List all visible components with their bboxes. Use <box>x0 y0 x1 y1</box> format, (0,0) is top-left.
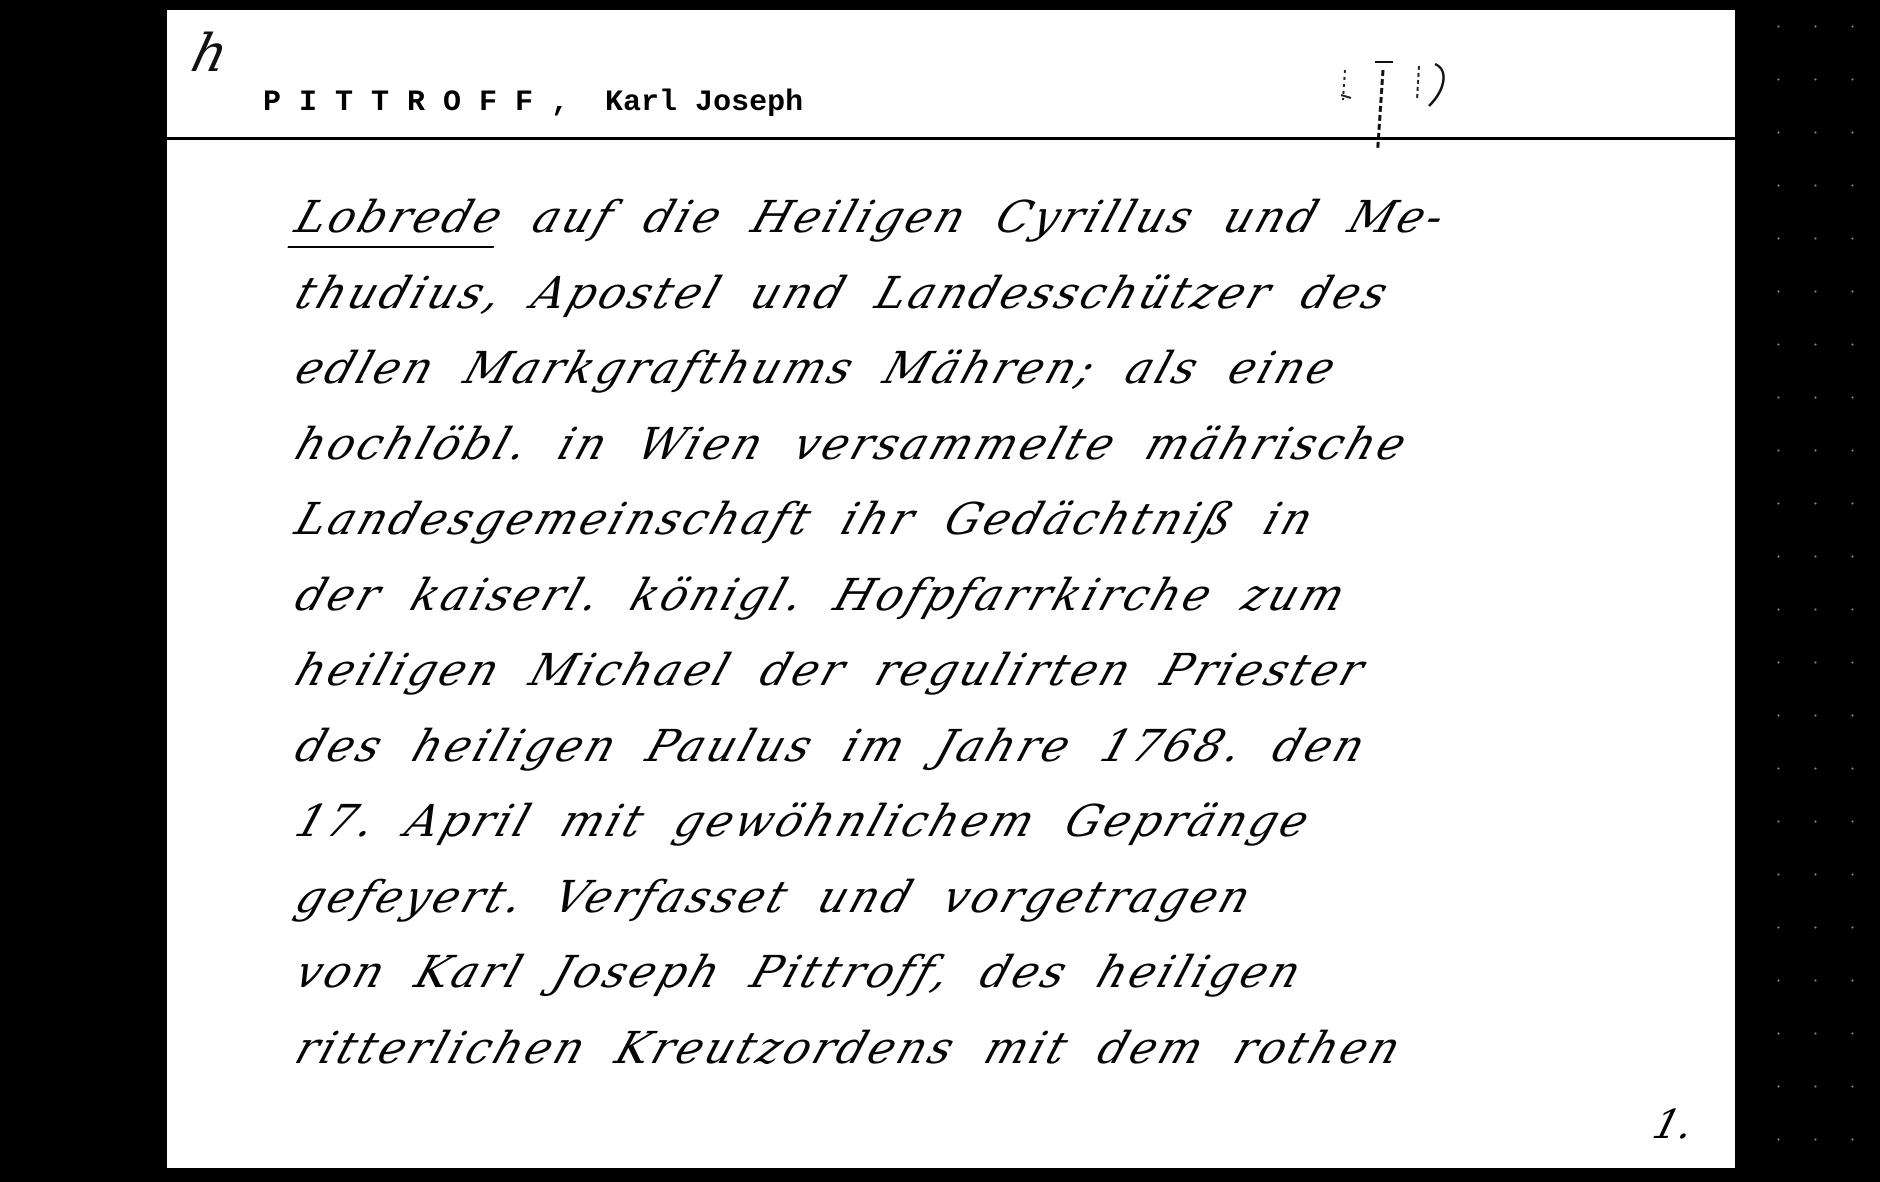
header-given-names: Karl Joseph <box>605 86 803 120</box>
corner-pencil-mark-icon <box>1337 40 1457 150</box>
header-surname: PITTROFF, <box>263 86 587 120</box>
document-viewer: h PITTROFF, Karl Joseph Lobrede auf die … <box>0 0 1880 1182</box>
handwritten-line: gefeyert. Verfasset und vorgetragen <box>285 860 1730 936</box>
handwritten-line: von Karl Joseph Pittroff, des heiligen <box>285 935 1730 1011</box>
underlined-title-word: Lobrede <box>289 192 512 243</box>
handwritten-line: thudius, Apostel und Landesschützer des <box>285 256 1730 332</box>
handwritten-line: heiligen Michael der regulirten Priester <box>285 633 1730 709</box>
handwritten-line: des heiligen Paulus im Jahre 1768. den <box>285 709 1730 785</box>
page-number: 1. <box>1648 1102 1698 1148</box>
handwritten-line: hochlöbl. in Wien versammelte mährische <box>285 407 1730 483</box>
margin-handwritten-mark: h <box>187 28 233 80</box>
handwritten-line: edlen Markgrafthums Mähren; als eine <box>285 331 1730 407</box>
handwritten-line: ritterlichen Kreutzordens mit dem rothen <box>285 1011 1730 1087</box>
handwritten-body: Lobrede auf die Heiligen Cyrillus und Me… <box>285 180 1705 1086</box>
handwritten-line: der kaiserl. königl. Hofpfarrkirche zum <box>285 558 1730 634</box>
handwritten-line: 17. April mit gewöhnlichem Gepränge <box>285 784 1730 860</box>
card-header-name: PITTROFF, Karl Joseph <box>263 86 803 120</box>
header-divider <box>167 137 1735 140</box>
handwritten-line: Lobrede auf die Heiligen Cyrillus und Me… <box>285 180 1730 256</box>
index-card: h PITTROFF, Karl Joseph Lobrede auf die … <box>167 10 1735 1168</box>
scan-border-noise <box>1760 0 1880 1182</box>
handwritten-line: Landesgemeinschaft ihr Gedächtniß in <box>285 482 1730 558</box>
